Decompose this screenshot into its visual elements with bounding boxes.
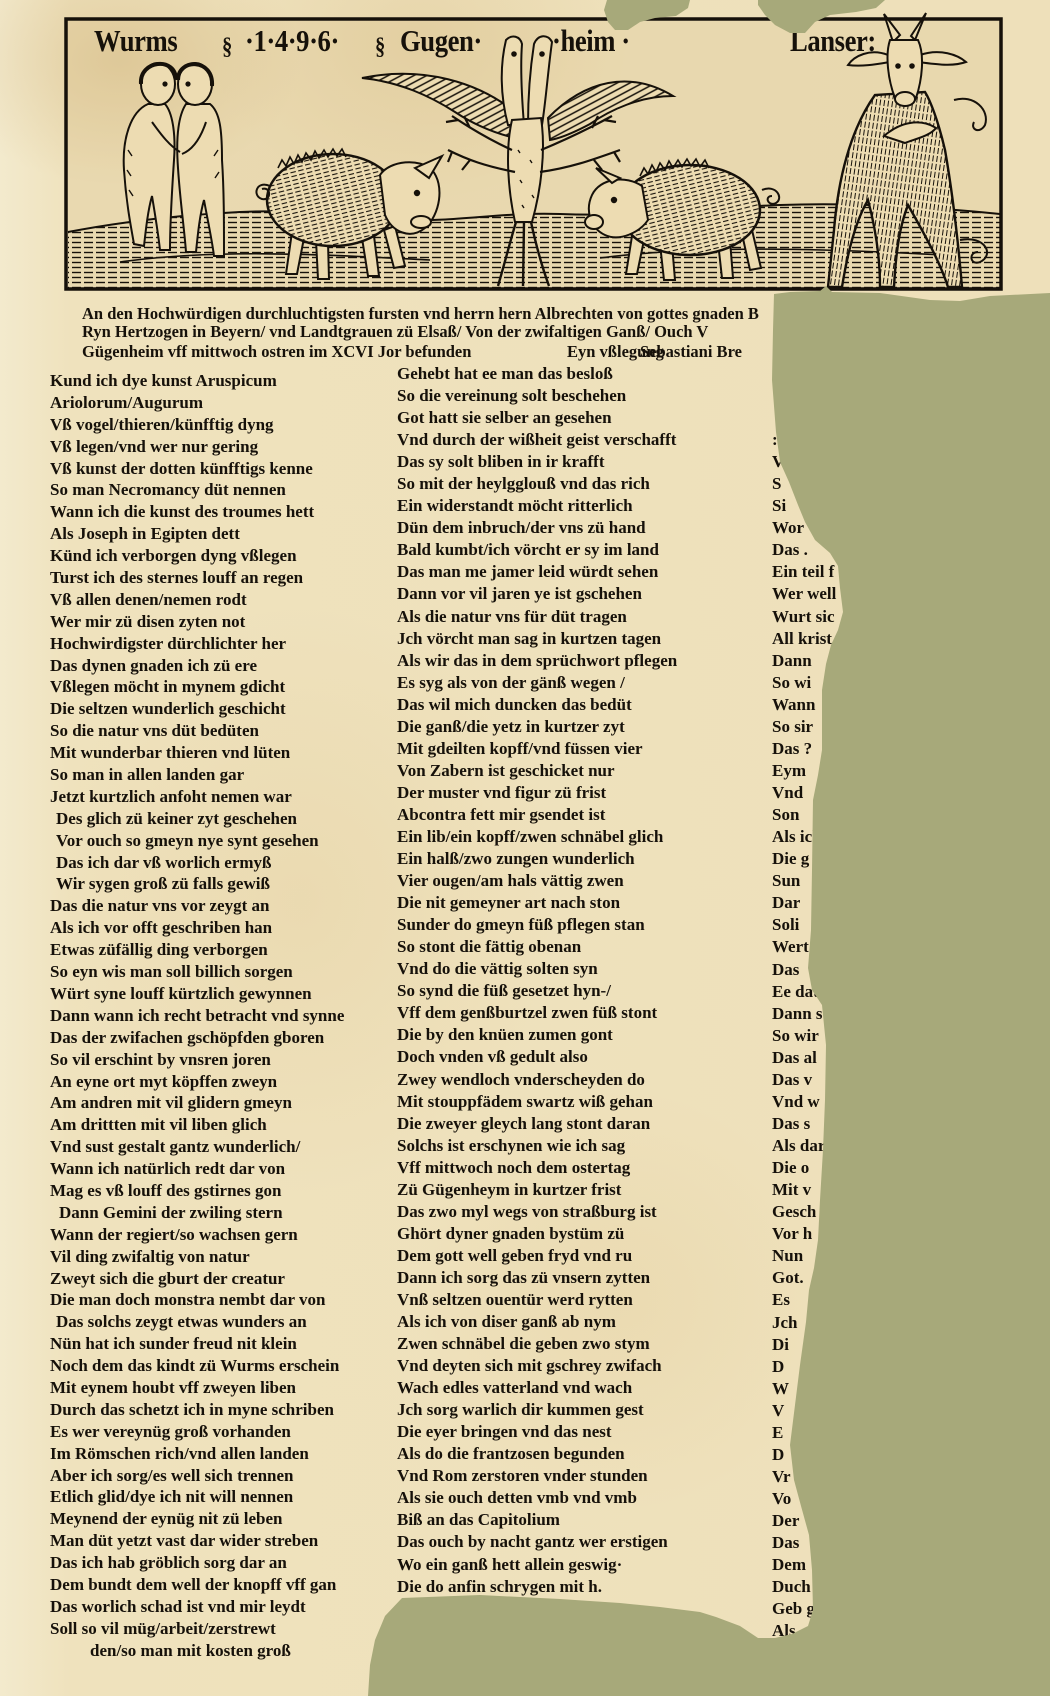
verse-line-fragment: Vnd xyxy=(772,782,836,804)
verse-line-fragment: Als xyxy=(772,1620,836,1642)
verse-line: Vß allen denen/nemen rodt xyxy=(50,589,344,611)
verse-line: Von Zabern ist geschicket nur xyxy=(397,760,677,782)
verse-line: Vnd durch der wißheit geist verschafft xyxy=(397,429,677,451)
section-mark: § xyxy=(222,30,232,64)
verse-line: Vnd do die vättig solten syn xyxy=(397,958,677,980)
verse-line-fragment: All krist xyxy=(772,628,836,650)
verse-line: Abcontra fett mir gsendet ist xyxy=(397,804,677,826)
verse-line: Als Joseph in Egipten dett xyxy=(50,523,344,545)
verse-line-fragment: Die o xyxy=(772,1157,836,1179)
verse-line: Biß an das Capitolium xyxy=(397,1509,677,1531)
section-mark: § xyxy=(375,30,385,64)
verse-line: Vß kunst der dotten künfftigs kenne xyxy=(50,458,344,480)
verse-line: Das der zwifachen gschöpfden gboren xyxy=(50,1027,344,1049)
verse-line-fragment: Wann xyxy=(772,694,836,716)
verse-line: Ein widerstandt möcht ritterlich xyxy=(397,495,677,517)
verse-line: Mit wunderbar thieren vnd lüten xyxy=(50,742,344,764)
verse-line: Gehebt hat ee man das besloß xyxy=(397,363,677,385)
verse-line: Das dynen gnaden ich zü ere xyxy=(50,655,344,677)
dedication-line-1: An den Hochwürdigen durchluchtigsten fur… xyxy=(82,304,759,323)
verse-line: Es wer vereynüg groß vorhanden xyxy=(50,1421,344,1443)
verse-line: Vnd sust gestalt gantz wunderlich/ xyxy=(50,1136,344,1158)
verse-line-fragment: Jch xyxy=(772,1312,836,1334)
verse-line: Als ich von diser ganß ab nym xyxy=(397,1311,677,1333)
woodcut-label-landser: Lanser: xyxy=(790,24,876,58)
verse-line: Aber ich sorg/es well sich trennen xyxy=(50,1465,344,1487)
verse-line-fragment: D xyxy=(772,1356,836,1378)
verse-line-fragment: Der xyxy=(772,1510,836,1532)
verse-line: Vier ougen/am hals vättig zwen xyxy=(397,870,677,892)
verse-line-fragment: Das v xyxy=(772,1069,836,1091)
verse-line: Etwas züfällig ding verborgen xyxy=(50,939,344,961)
verse-line: Wir sygen groß zü falls gewiß xyxy=(50,873,344,895)
author-name: Sebastiani Bre xyxy=(640,342,742,361)
verse-line-fragment: So wi xyxy=(772,672,836,694)
verse-line: Das sy solt bliben in ir krafft xyxy=(397,451,677,473)
woodcut-label-year: ·1·4·9·6· xyxy=(245,24,339,58)
verse-line: Zü Gügenheym in kurtzer frist xyxy=(397,1179,677,1201)
verse-line: Dem bundt dem well der knopff vff gan xyxy=(50,1574,344,1596)
verse-line: Das solchs zeygt etwas wunders an xyxy=(50,1311,344,1333)
verse-line-fragment: Geb g xyxy=(772,1598,836,1620)
verse-line: So man in allen landen gar xyxy=(50,764,344,786)
verse-line-fragment: Gesch xyxy=(772,1201,836,1223)
verse-line: Vil ding zwifaltig von natur xyxy=(50,1246,344,1268)
verse-line-fragment: Eym xyxy=(772,760,836,782)
verse-line: Das die natur vns vor zeygt an xyxy=(50,895,344,917)
verse-line-fragment: Dem xyxy=(772,1554,836,1576)
verse-line: Zwey wendloch vnderscheyden do xyxy=(397,1069,677,1091)
verse-line: Am drittten mit vil liben glich xyxy=(50,1114,344,1136)
verse-line: Wann ich natürlich redt dar von xyxy=(50,1158,344,1180)
verse-line: Dem gott well geben fryd vnd ru xyxy=(397,1245,677,1267)
verse-line-fragment: Dann s xyxy=(772,1003,836,1025)
verse-line-fragment: Ein teil f xyxy=(772,561,836,583)
verse-line: Vnd deyten sich mit gschrey zwifach xyxy=(397,1355,677,1377)
verse-line: Das zwo myl wegs von straßburg ist xyxy=(397,1201,677,1223)
verse-line: Doch vnden vß gedult also xyxy=(397,1046,677,1068)
verse-line: Das ich hab gröblich sorg dar an xyxy=(50,1552,344,1574)
woodcut-label-gugen: Gugen· xyxy=(400,24,482,58)
verse-line: Vor ouch so gmeyn nye synt gesehen xyxy=(50,830,344,852)
verse-line-fragment: V xyxy=(772,451,836,473)
verse-column-right-fragment: :VSSiWorDas .Ein teil fWer wellWurt sicA… xyxy=(772,429,836,1642)
verse-line-fragment: Duch xyxy=(772,1576,836,1598)
verse-line: Als sie ouch detten vmb vnd vmb xyxy=(397,1487,677,1509)
verse-line: Das ich dar vß worlich ermyß xyxy=(50,852,344,874)
verse-line: Die nit gemeyner art nach ston xyxy=(397,892,677,914)
verse-line: An eyne ort myt köpffen zweyn xyxy=(50,1071,344,1093)
verse-line: Man düt yetzt vast dar wider streben xyxy=(50,1530,344,1552)
verse-line: Mag es vß louff des gstirnes gon xyxy=(50,1180,344,1202)
verse-line: Am andren mit vil glidern gmeyn xyxy=(50,1092,344,1114)
verse-line: Wann ich die kunst des troumes hett xyxy=(50,501,344,523)
verse-line-fragment: So wir xyxy=(772,1025,836,1047)
verse-line: Mit gdeilten kopff/vnd füssen vier xyxy=(397,738,677,760)
verse-line: Nün hat ich sunder freud nit klein xyxy=(50,1333,344,1355)
verse-line-fragment: Das . xyxy=(772,539,836,561)
verse-line: So die vereinung solt beschehen xyxy=(397,385,677,407)
verse-line: Es syg als von der gänß wegen / xyxy=(397,672,677,694)
verse-line: Mit stouppfädem swartz wiß gehan xyxy=(397,1091,677,1113)
verse-line-fragment: Si xyxy=(772,495,836,517)
dedication-line-2: Ryn Hertzogen in Beyern/ vnd Landtgrauen… xyxy=(82,322,708,341)
verse-line: Wach edles vatterland vnd wach xyxy=(397,1377,677,1399)
verse-line: Als do die frantzosen begunden xyxy=(397,1443,677,1465)
verse-line: Meynend der eynüg nit zü leben xyxy=(50,1508,344,1530)
verse-line: Ariolorum/Augurum xyxy=(50,392,344,414)
verse-line: Würt syne louff kürtzlich gewynnen xyxy=(50,983,344,1005)
verse-line-fragment: Soli xyxy=(772,914,836,936)
dedication-line-3: Gügenheim vff mittwoch ostren im XCVI Jo… xyxy=(82,342,471,361)
verse-line-fragment: Wert xyxy=(772,936,836,958)
verse-line: Zweyt sich die gburt der creatur xyxy=(50,1268,344,1290)
verse-line: Dann ich sorg das zü vnsern zytten xyxy=(397,1267,677,1289)
verse-line: So stont die fättig obenan xyxy=(397,936,677,958)
woodcut-label-worms: Wurms xyxy=(94,24,177,58)
verse-line: Ein lib/ein kopff/zwen schnäbel glich xyxy=(397,826,677,848)
verse-line: Die seltzen wunderlich geschicht xyxy=(50,698,344,720)
verse-line: Durch das schetzt ich in myne schriben xyxy=(50,1399,344,1421)
verse-line: Ghört dyner gnaden bystüm zü xyxy=(397,1223,677,1245)
verse-line-fragment: Sun xyxy=(772,870,836,892)
verse-line: Mit eynem houbt vff zweyen liben xyxy=(50,1377,344,1399)
verse-line: Die man doch monstra nembt dar von xyxy=(50,1289,344,1311)
verse-line-fragment: Di xyxy=(772,1334,836,1356)
woodcut-label-heim: ·heim · xyxy=(552,24,630,58)
verse-line: Solchs ist erschynen wie ich sag xyxy=(397,1135,677,1157)
verse-line-fragment: Als ich xyxy=(772,826,836,848)
verse-line-fragment: : xyxy=(772,429,836,451)
verse-line: Turst ich des sternes louff an regen xyxy=(50,567,344,589)
verse-line-fragment: Das xyxy=(772,959,836,981)
verse-line: Wer mir zü disen zyten not xyxy=(50,611,344,633)
verse-line-fragment: Wurt sic xyxy=(772,606,836,628)
verse-line: Ein halß/zwo zungen wunderlich xyxy=(397,848,677,870)
verse-line: Die eyer bringen vnd das nest xyxy=(397,1421,677,1443)
verse-line-fragment: Vnd w xyxy=(772,1091,836,1113)
verse-line: Sunder do gmeyn füß pflegen stan xyxy=(397,914,677,936)
verse-line: Noch dem das kindt zü Wurms erschein xyxy=(50,1355,344,1377)
verse-line: Zwen schnäbel die geben zwo stym xyxy=(397,1333,677,1355)
verse-line: Vnd Rom zerstoren vnder stunden xyxy=(397,1465,677,1487)
verse-line: Dann wann ich recht betracht vnd synne xyxy=(50,1005,344,1027)
verse-line: Got hatt sie selber an gesehen xyxy=(397,407,677,429)
verse-line: Im Römschen rich/vnd allen landen xyxy=(50,1443,344,1465)
verse-line-fragment: Als dar xyxy=(772,1135,836,1157)
verse-line: So mit der heylgglouß vnd das rich xyxy=(397,473,677,495)
verse-line: So synd die füß gesetzet hyn-/ xyxy=(397,980,677,1002)
verse-line: Dann vor vil jaren ye ist gschehen xyxy=(397,583,677,605)
verse-line: Soll so vil müg/arbeit/zerstrewt xyxy=(50,1618,344,1640)
verse-line-fragment: Vor h xyxy=(772,1223,836,1245)
verse-line: Als die natur vns für düt tragen xyxy=(397,606,677,628)
verse-line-fragment: Das al xyxy=(772,1047,836,1069)
verse-line: So vil erschint by vnsren joren xyxy=(50,1049,344,1071)
verse-line: Die zweyer gleych lang stont daran xyxy=(397,1113,677,1135)
verse-line-fragment: Dann xyxy=(772,650,836,672)
verse-line: So die natur vns düt bedüten xyxy=(50,720,344,742)
verse-line-fragment: Wor xyxy=(772,517,836,539)
verse-line-fragment: Nun xyxy=(772,1245,836,1267)
verse-line: Jetzt kurtzlich anfoht nemen war xyxy=(50,786,344,808)
verse-line-fragment: W xyxy=(772,1378,836,1400)
verse-line: Das ouch by nacht gantz wer erstigen xyxy=(397,1531,677,1553)
verse-line-fragment: S xyxy=(772,473,836,495)
verse-line: Künd ich verborgen dyng vßlegen xyxy=(50,545,344,567)
verse-line: So man Necromancy düt nennen xyxy=(50,479,344,501)
verse-line: Vff mittwoch noch dem ostertag xyxy=(397,1157,677,1179)
verse-line: Dann Gemini der zwiling stern xyxy=(50,1202,344,1224)
verse-column-middle: Gehebt hat ee man das besloßSo die verei… xyxy=(397,363,677,1598)
verse-line-fragment: Dar xyxy=(772,892,836,914)
verse-line-fragment: Das ? xyxy=(772,738,836,760)
verse-line-fragment: Die g xyxy=(772,848,836,870)
verse-line: Das man me jamer leid würdt sehen xyxy=(397,561,677,583)
verse-line: Jch vörcht man sag in kurtzen tagen xyxy=(397,628,677,650)
verse-line: Der muster vnd figur zü frist xyxy=(397,782,677,804)
verse-line: Vß vogel/thieren/künfftig dyng xyxy=(50,414,344,436)
verse-line: Die do anfin schrygen mit h. xyxy=(397,1576,677,1598)
verse-line-fragment: Das s xyxy=(772,1113,836,1135)
verse-line-fragment: Vr xyxy=(772,1466,836,1488)
verse-line: Das wil mich duncken das bedüt xyxy=(397,694,677,716)
verse-line: Das worlich schad ist vnd mir leydt xyxy=(50,1596,344,1618)
verse-line: Die ganß/die yetz in kurtzer zyt xyxy=(397,716,677,738)
verse-line-fragment: Es xyxy=(772,1289,836,1311)
verse-line: den/so man mit kosten groß xyxy=(50,1640,344,1662)
verse-line: Bald kumbt/ich vörcht er sy im land xyxy=(397,539,677,561)
verse-line: Dün dem inbruch/der vns zü hand xyxy=(397,517,677,539)
verse-line-fragment: Vo xyxy=(772,1488,836,1510)
verse-line: Die by den knüen zumen gont xyxy=(397,1024,677,1046)
verse-line: Vnß seltzen ouentür werd rytten xyxy=(397,1289,677,1311)
verse-line-fragment: D xyxy=(772,1444,836,1466)
verse-line: Des glich zü keiner zyt geschehen xyxy=(50,808,344,830)
verse-line: Vßlegen möcht in mynem gdicht xyxy=(50,676,344,698)
verse-line: Vß legen/vnd wer nur gering xyxy=(50,436,344,458)
verse-line-fragment: Son xyxy=(772,804,836,826)
verse-line-fragment: Das xyxy=(772,1532,836,1554)
verse-line: Kund ich dye kunst Aruspicum xyxy=(50,370,344,392)
verse-line: Vff dem genßburtzel zwen füß stont xyxy=(397,1002,677,1024)
verse-line: Wann der regiert/so wachsen gern xyxy=(50,1224,344,1246)
verse-line-fragment: E xyxy=(772,1422,836,1444)
verse-line-fragment: Ee dat xyxy=(772,981,836,1003)
verse-line: Hochwirdigster dürchlichter her xyxy=(50,633,344,655)
verse-line: So eyn wis man soll billich sorgen xyxy=(50,961,344,983)
verse-line: Etlich glid/dye ich nit will nennen xyxy=(50,1486,344,1508)
verse-line: Als ich vor offt geschriben han xyxy=(50,917,344,939)
verse-column-left: Kund ich dye kunst AruspicumAriolorum/Au… xyxy=(50,370,344,1662)
verse-line-fragment: So sir xyxy=(772,716,836,738)
verse-line-fragment: Got. xyxy=(772,1267,836,1289)
verse-line-fragment: Mit v xyxy=(772,1179,836,1201)
verse-line: Wo ein ganß hett allein geswig· xyxy=(397,1554,677,1576)
verse-line-fragment: Wer well xyxy=(772,583,836,605)
verse-line: Jch sorg warlich dir kummen gest xyxy=(397,1399,677,1421)
verse-line: Als wir das in dem sprüchwort pflegen xyxy=(397,650,677,672)
verse-line-fragment: V xyxy=(772,1400,836,1422)
